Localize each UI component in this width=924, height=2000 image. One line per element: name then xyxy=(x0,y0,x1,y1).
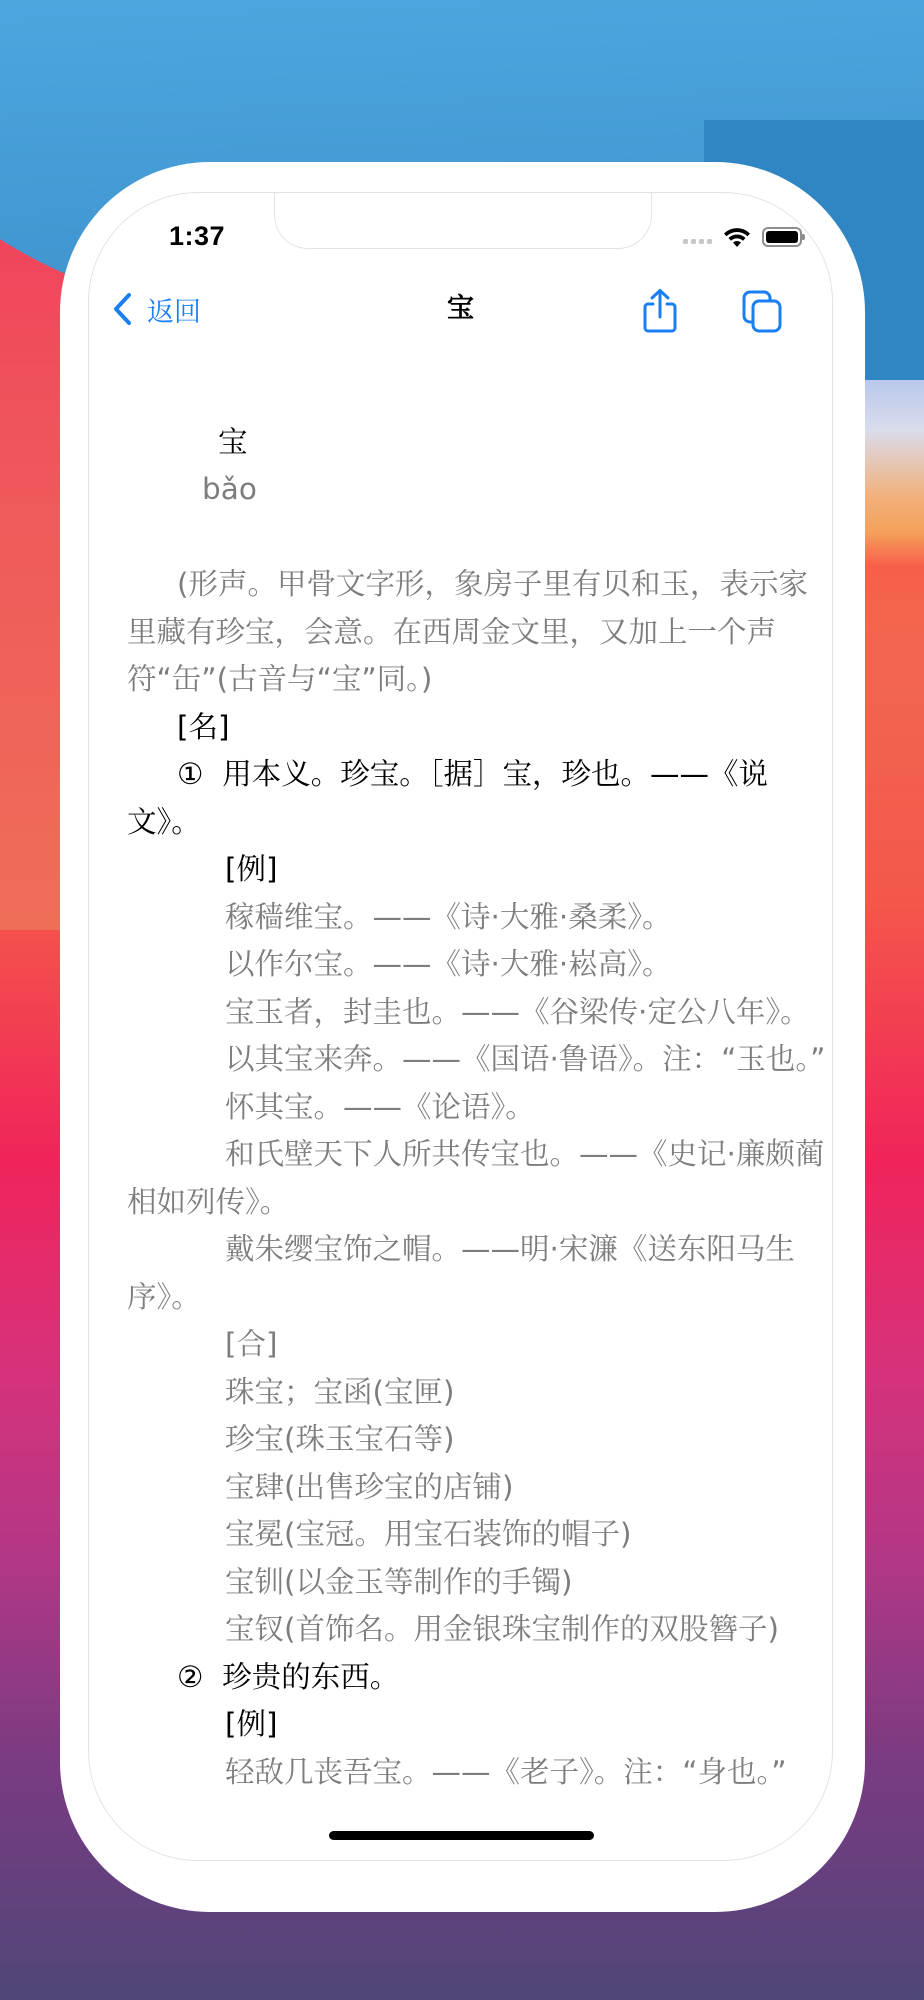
part-of-speech: [名] xyxy=(127,704,827,752)
sense-2: ② 珍贵的东西。 xyxy=(127,1654,827,1702)
dictionary-entry: 宝 bǎo (形声。甲骨文字形，象房子里有贝和玉，表示家里藏有珍宝，会意。在西周… xyxy=(127,371,827,1796)
compound-line: 珍宝(珠玉宝石等) xyxy=(127,1416,827,1464)
compound-line: 宝冕(宝冠。用宝石装饰的帽子) xyxy=(127,1511,827,1559)
example-label: [例] xyxy=(127,1701,827,1749)
sense-marker: ② xyxy=(177,1660,203,1694)
status-time: 1:37 xyxy=(169,221,225,252)
signal-dots-icon xyxy=(683,239,712,244)
compound-line: 宝钏(以金玉等制作的手镯) xyxy=(127,1559,827,1607)
example-line: 戴朱缨宝饰之帽。——明·宋濂《送东阳马生序》。 xyxy=(127,1226,827,1321)
notch xyxy=(274,192,652,249)
compound-line: 宝钗(首饰名。用金银珠宝制作的双股簪子) xyxy=(127,1606,827,1654)
compound-line: 宝肆(出售珍宝的店铺) xyxy=(127,1464,827,1512)
wifi-icon xyxy=(722,226,752,248)
phone-screen: 1:37 返回 宝 xyxy=(88,192,833,1861)
example-label: [例] xyxy=(127,846,827,894)
battery-icon xyxy=(762,227,802,247)
compound-line: 珠宝；宝函(宝匣) xyxy=(127,1369,827,1417)
navigation-bar: 返回 宝 xyxy=(89,278,832,340)
example-line: 以作尔宝。——《诗·大雅·崧高》。 xyxy=(127,941,827,989)
headword: 宝 xyxy=(202,425,248,459)
sense-definition: 珍贵的东西。 xyxy=(222,1660,399,1694)
entry-heading: 宝 bǎo xyxy=(127,371,827,561)
pinyin: bǎo xyxy=(202,472,257,506)
example-line: 以其宝来奔。——《国语·鲁语》。注：“玉也。” xyxy=(127,1036,827,1084)
phone-frame: 1:37 返回 宝 xyxy=(60,162,865,1912)
example-line: 和氏壁天下人所共传宝也。——《史记·廉颇蔺相如列传》。 xyxy=(127,1131,827,1226)
sense-1: ① 用本义。珍宝。［据］宝，珍也。——《说文》。 xyxy=(127,751,827,846)
page-title: 宝 xyxy=(89,278,832,340)
sense-marker: ① xyxy=(177,757,203,791)
home-indicator[interactable] xyxy=(329,1831,594,1840)
etymology: (形声。甲骨文字形，象房子里有贝和玉，表示家里藏有珍宝，会意。在西周金文里，又加… xyxy=(127,561,827,704)
copy-icon[interactable] xyxy=(741,288,783,334)
example-line: 轻敌几丧吾宝。——《老子》。注：“身也。” xyxy=(127,1749,827,1797)
share-icon[interactable] xyxy=(639,288,681,334)
example-line: 宝玉者，封圭也。——《谷梁传·定公八年》。 xyxy=(127,989,827,1037)
sense-definition: 用本义。珍宝。［据］宝，珍也。——《说文》。 xyxy=(127,757,768,839)
example-line: 稼穑维宝。——《诗·大雅·桑柔》。 xyxy=(127,894,827,942)
example-line: 怀其宝。——《论语》。 xyxy=(127,1084,827,1132)
compound-label: [合] xyxy=(127,1321,827,1369)
status-icons xyxy=(683,226,802,248)
